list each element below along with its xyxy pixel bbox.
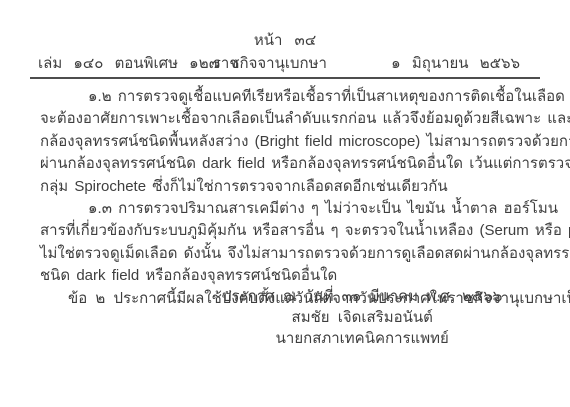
gazette-page: หน้า ๓๔ เล่ม ๑๔๐ ตอนพิเศษ ๑๒๗ ง ราชกิจจา… bbox=[0, 0, 570, 407]
signer-title: นายกสภาเทคนิคการแพทย์ bbox=[222, 328, 502, 349]
masthead: เล่ม ๑๔๐ ตอนพิเศษ ๑๒๗ ง ราชกิจจานุเบกษา … bbox=[38, 51, 520, 71]
signer-name: สมชัย เจิดเสริมอนันต์ bbox=[222, 307, 502, 328]
announcement-date-line: ประกาศ ณ วันที่ ๓๑ มีนาคม พ.ศ. ๒๕๖๖ bbox=[222, 286, 502, 307]
body-line: ไม่ใช่ตรวจดูเม็ดเลือด ดังนั้น จึงไม่สามา… bbox=[40, 243, 532, 265]
publication-name: ราชกิจจานุเบกษา bbox=[213, 51, 327, 75]
body-line: ชนิด dark field หรือกล้องจุลทรรศน์ชนิดอื… bbox=[40, 265, 532, 287]
header-divider bbox=[30, 77, 540, 79]
body-line: สารที่เกี่ยวข้องกับระบบภูมิคุ้มกัน หรือส… bbox=[40, 220, 532, 242]
body-line: กลุ่ม Spirochete ซึ่งก็ไม่ใช่การตรวจจากเ… bbox=[40, 176, 532, 198]
volume-info: เล่ม ๑๔๐ ตอนพิเศษ ๑๒๗ ง bbox=[38, 51, 238, 75]
body-line-clause-1-2: ๑.๒ การตรวจดูเชื้อแบคทีเรียหรือเชื้อราที… bbox=[40, 86, 532, 108]
body-line: จะต้องอาศัยการเพาะเชื้อจากเลือดเป็นลำดับ… bbox=[40, 108, 532, 130]
signature-block: ประกาศ ณ วันที่ ๓๑ มีนาคม พ.ศ. ๒๕๖๖ สมชั… bbox=[222, 286, 502, 349]
body-line-clause-1-3: ๑.๓ การตรวจปริมาณสารเคมีต่าง ๆ ไม่ว่าจะเ… bbox=[40, 198, 532, 220]
body-line: กล้องจุลทรรศน์ชนิดพื้นหลังสว่าง (Bright … bbox=[40, 131, 532, 153]
document-body: ๑.๒ การตรวจดูเชื้อแบคทีเรียหรือเชื้อราที… bbox=[40, 86, 532, 310]
publication-date: ๑ มิถุนายน ๒๕๖๖ bbox=[391, 51, 520, 75]
page-number: หน้า ๓๔ bbox=[0, 28, 570, 52]
body-line: ผ่านกล้องจุลทรรศน์ชนิด dark field หรือกล… bbox=[40, 153, 532, 175]
